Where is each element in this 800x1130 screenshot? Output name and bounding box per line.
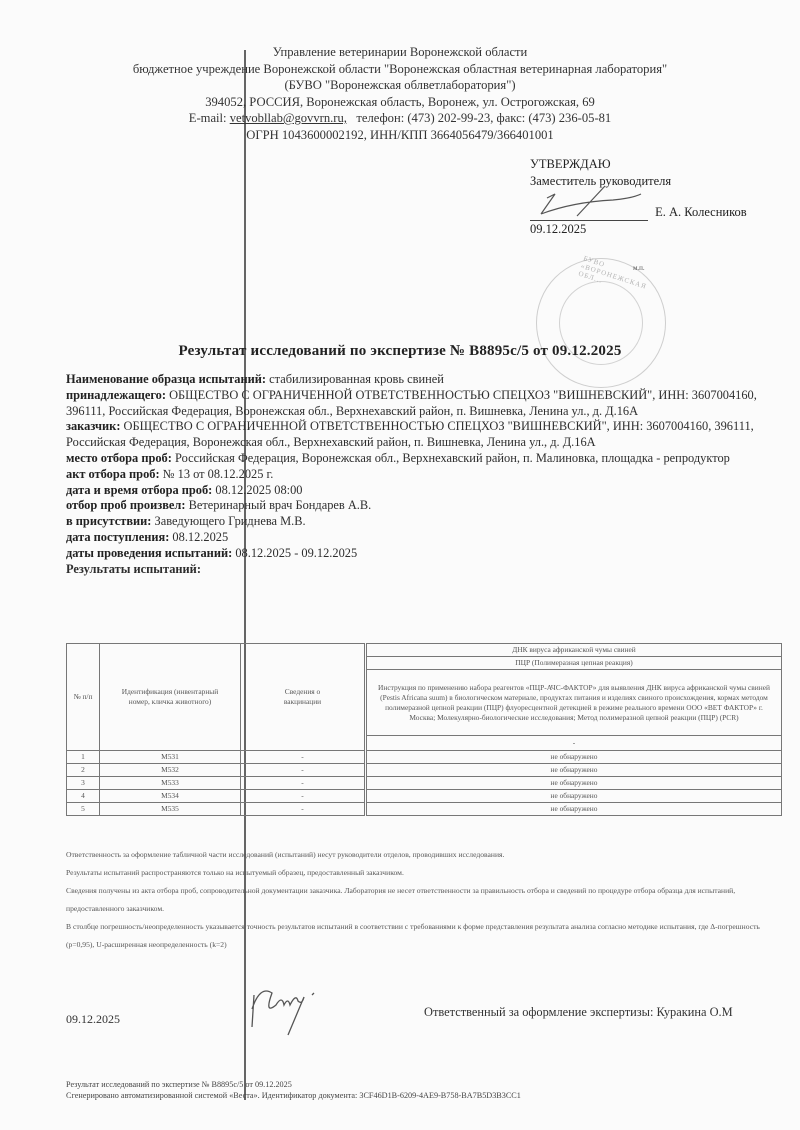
sample-details: Наименование образца испытаний: стабилиз… — [66, 372, 782, 577]
letterhead-address: 394052, РОССИЯ, Воронежская область, Вор… — [0, 94, 800, 111]
col-header-dna-group: ДНК вируса африканской чумы свиней — [366, 644, 782, 657]
letterhead-contacts: E-mail: vetvobllab@govvrn.ru, телефон: (… — [0, 110, 800, 127]
letterhead: Управление ветеринарии Воронежской облас… — [0, 44, 800, 143]
field-sampling-datetime: дата и время отбора проб: 08.12.2025 08:… — [66, 483, 782, 499]
responsible-person: Ответственный за оформление экспертизы: … — [424, 1005, 733, 1020]
document-title: Результат исследований по экспертизе № В… — [0, 343, 800, 360]
letterhead-ministry: Управление ветеринарии Воронежской облас… — [0, 44, 800, 61]
phone-fax: телефон: (473) 202-99-23, факс: (473) 23… — [356, 111, 611, 125]
approver-signature-icon — [533, 182, 643, 222]
col-header-units: - — [366, 736, 782, 751]
field-test-dates: даты проведения испытаний: 08.12.2025 - … — [66, 546, 782, 562]
col-header-method-description: Инструкция по применению набора реагенто… — [366, 670, 782, 736]
table-row: 3M533-не обнаружено — [67, 777, 782, 790]
field-witness: в присутствии: Заведующего Гриднева М.В. — [66, 514, 782, 530]
seal-mp-label: м.п. — [633, 264, 645, 272]
field-customer: заказчик: ОБЩЕСТВО С ОГРАНИЧЕННОЙ ОТВЕТС… — [66, 419, 782, 451]
table-row: 5M535-не обнаружено — [67, 803, 782, 816]
notes-section: Ответственность за оформление табличной … — [66, 846, 782, 954]
table-row: 4M534-не обнаружено — [67, 790, 782, 803]
field-sampled-by: отбор проб произвел: Ветеринарный врач Б… — [66, 498, 782, 514]
email-link[interactable]: vetvobllab@govvrn.ru, — [230, 111, 347, 125]
footer-document-id: Сгенерировано автоматизированной системо… — [66, 1091, 521, 1102]
responsible-signature-icon — [246, 975, 336, 1037]
field-received-date: дата поступления: 08.12.2025 — [66, 530, 782, 546]
results-table: № п/п Идентификация (инвентарный номер, … — [66, 643, 782, 816]
note-source: Сведения получены из акта отбора проб, с… — [66, 882, 782, 918]
approval-date: 09.12.2025 — [530, 221, 747, 238]
note-responsibility: Ответственность за оформление табличной … — [66, 846, 782, 864]
table-row: 2M532-не обнаружено — [67, 764, 782, 777]
footer-reference: Результат исследований по экспертизе № В… — [66, 1080, 521, 1091]
col-header-vaccination: Сведения о вакцинации — [241, 644, 366, 751]
field-owner: принадлежащего: ОБЩЕСТВО С ОГРАНИЧЕННОЙ … — [66, 388, 782, 420]
letterhead-registration: ОГРН 1043600002192, ИНН/КПП 3664056479/3… — [0, 127, 800, 144]
letterhead-institution: бюджетное учреждение Воронежской области… — [0, 61, 800, 78]
approver-name: Е. А. Колесников — [655, 205, 747, 219]
field-sampling-act: акт отбора проб: № 13 от 08.12.2025 г. — [66, 467, 782, 483]
field-sampling-place: место отбора проб: Российская Федерация,… — [66, 451, 782, 467]
col-header-number: № п/п — [67, 644, 100, 751]
field-sample-name: Наименование образца испытаний: стабилиз… — [66, 372, 782, 388]
results-heading: Результаты испытаний: — [66, 562, 782, 578]
signoff-date: 09.12.2025 — [66, 1012, 120, 1027]
note-scope: Результаты испытаний распространяются то… — [66, 864, 782, 882]
approval-title: УТВЕРЖДАЮ — [530, 156, 747, 173]
note-uncertainty: В столбце погрешность/неопределенность у… — [66, 918, 782, 954]
table-row: 1M531-не обнаружено — [67, 751, 782, 764]
email-label: E-mail: — [189, 111, 227, 125]
col-header-method: ПЦР (Полимеразная цепная реакция) — [366, 657, 782, 670]
document-footer: Результат исследований по экспертизе № В… — [66, 1080, 521, 1101]
letterhead-short-name: (БУВО "Воронежская облветлаборатория") — [0, 77, 800, 94]
col-header-identification: Идентификация (инвентарный номер, кличка… — [100, 644, 241, 751]
official-seal-icon: БУВО «ВОРОНЕЖСКАЯ ОБЛ... м.п. — [536, 258, 666, 388]
